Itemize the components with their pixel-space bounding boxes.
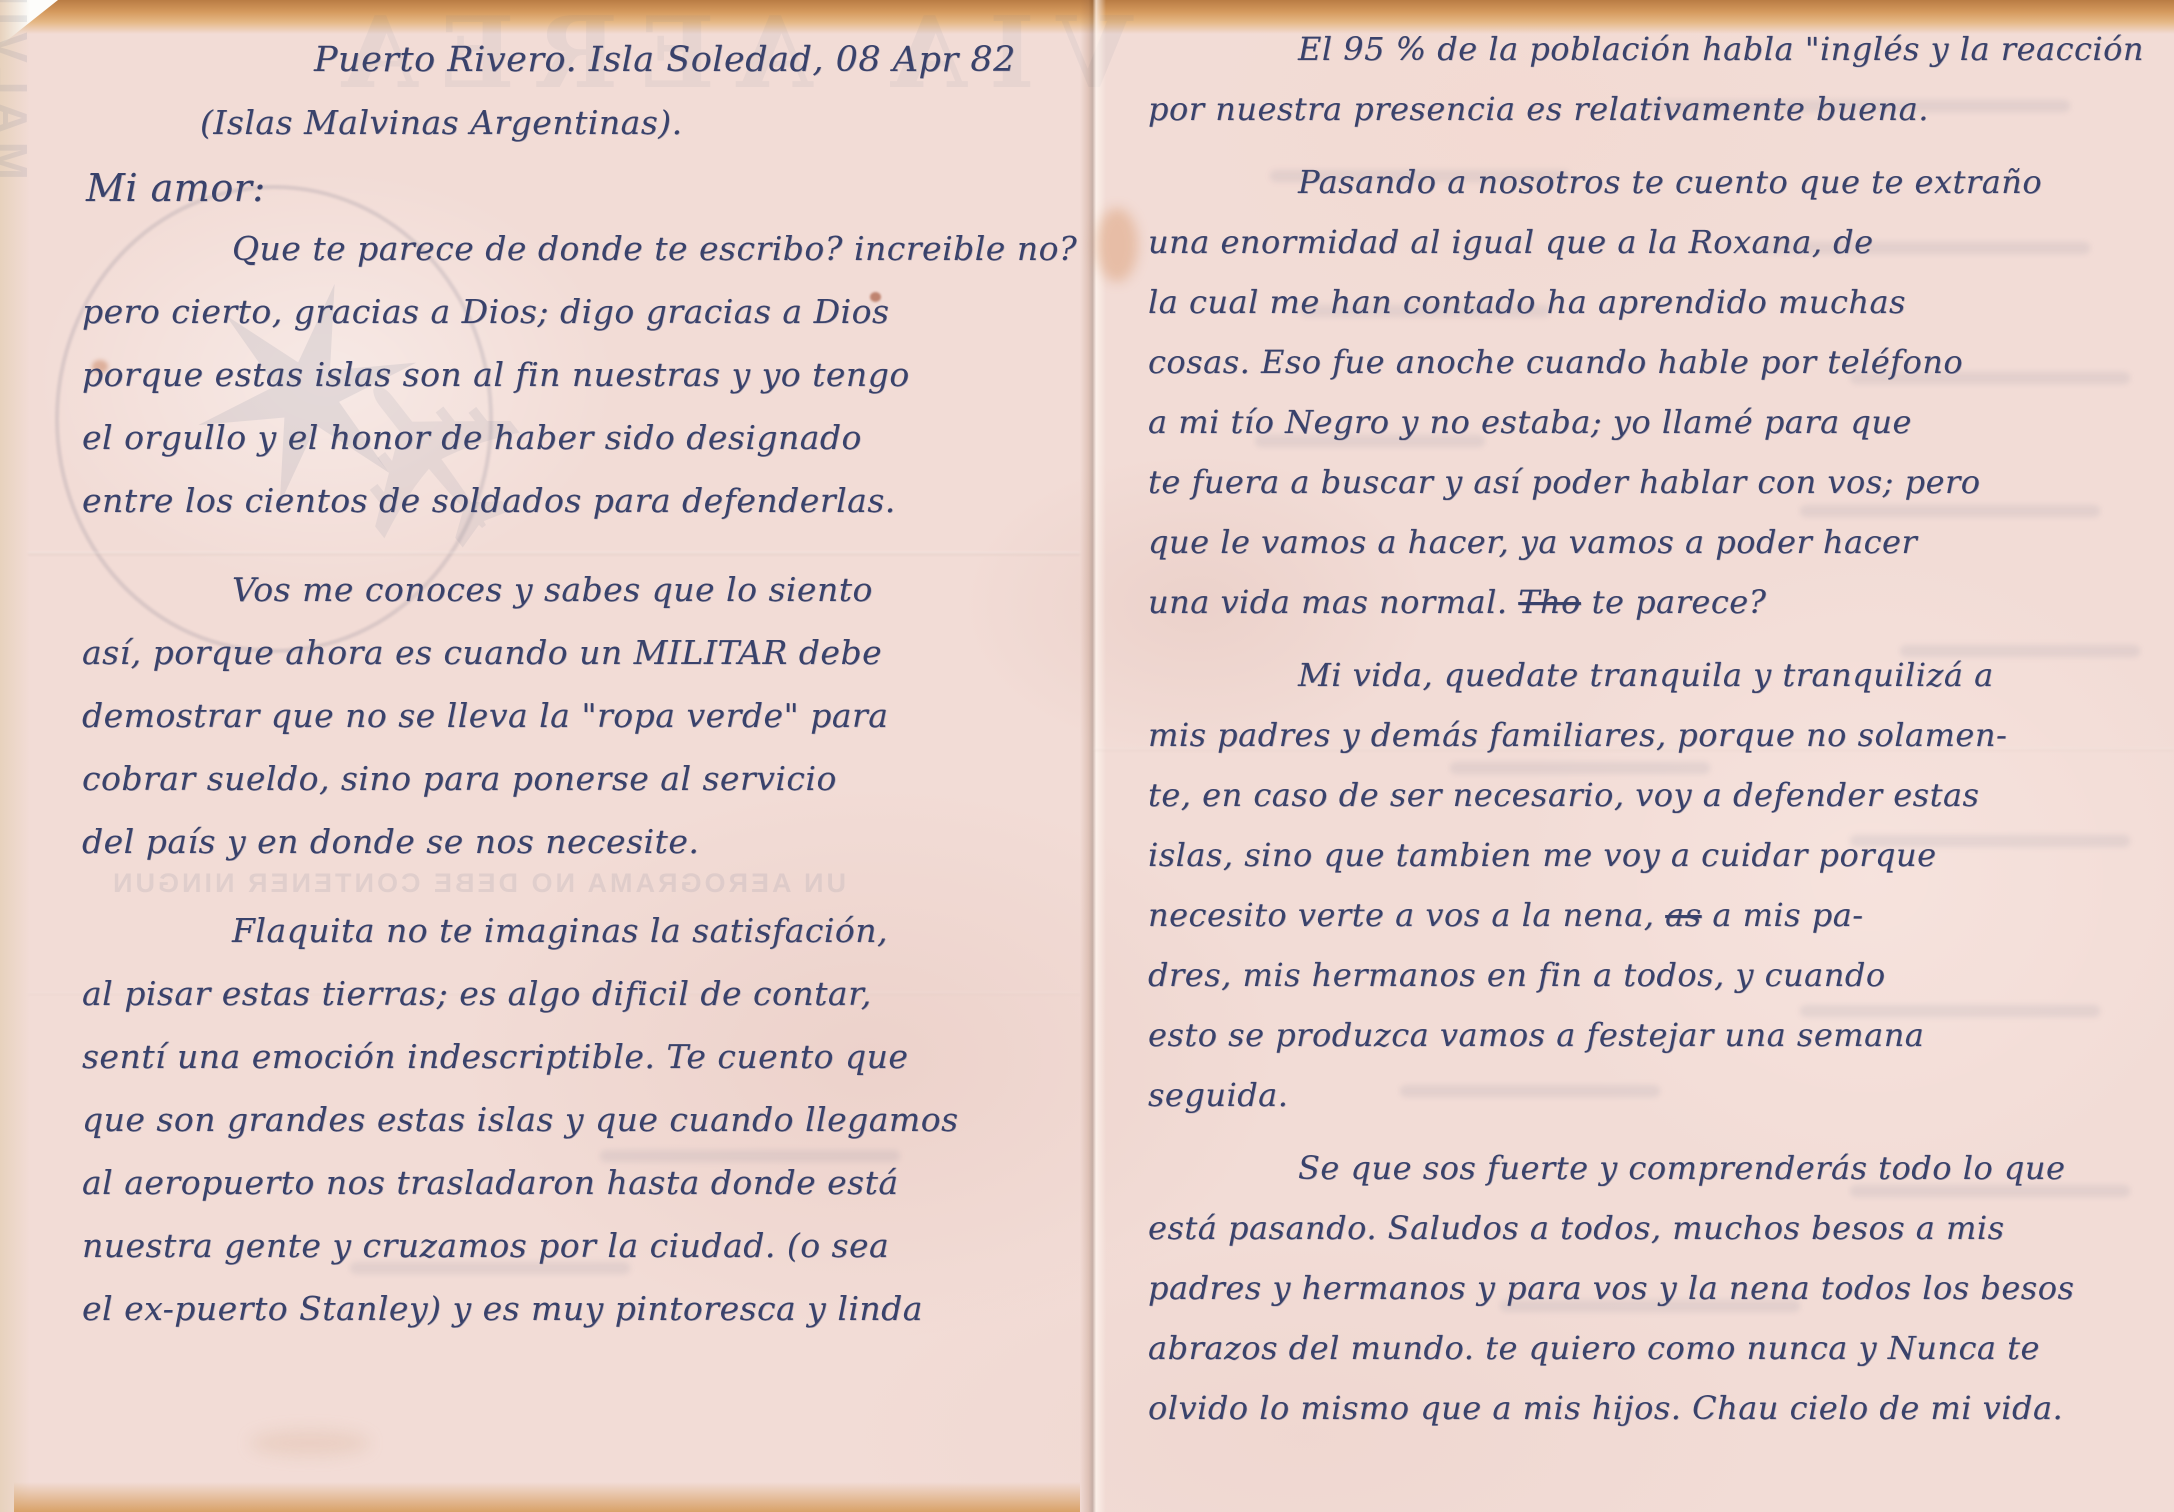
handwritten-line: el ex-puerto Stanley) y es muy pintoresc… bbox=[82, 1289, 1067, 1352]
handwritten-line: Pasando a nosotros te cuento que te extr… bbox=[1148, 163, 2158, 223]
handwritten-line: dres, mis hermanos en fin a todos, y cua… bbox=[1148, 956, 2158, 1016]
letter-page-right: El 95 % de la población habla "inglés y … bbox=[1148, 30, 2158, 1449]
handwritten-line: mis padres y demás familiares, porque no… bbox=[1148, 716, 2158, 776]
handwritten-line: Flaquita no te imaginas la satisfación, bbox=[82, 911, 1067, 974]
handwritten-line: está pasando. Saludos a todos, muchos be… bbox=[1148, 1209, 2158, 1269]
handwritten-line: abrazos del mundo. te quiero como nunca … bbox=[1148, 1329, 2158, 1389]
handwritten-line: padres y hermanos y para vos y la nena t… bbox=[1148, 1269, 2158, 1329]
handwritten-line: te fuera a buscar y así poder hablar con… bbox=[1148, 463, 2158, 523]
handwritten-line: Que te parece de donde te escribo? incre… bbox=[82, 229, 1067, 292]
handwritten-line: la cual me han contado ha aprendido much… bbox=[1148, 283, 2158, 343]
handwritten-line: a mi tío Negro y no estaba; yo llamé par… bbox=[1148, 403, 2158, 463]
handwritten-line: nuestra gente y cruzamos por la ciudad. … bbox=[82, 1226, 1067, 1289]
handwritten-line: seguida. bbox=[1148, 1076, 2158, 1136]
handwritten-line: al pisar estas tierras; es algo dificil … bbox=[82, 974, 1067, 1037]
paper-bottom-edge bbox=[14, 1482, 1080, 1512]
handwritten-line: Mi vida, quedate tranquila y tranquilizá… bbox=[1148, 656, 2158, 716]
handwritten-line: esto se produzca vamos a festejar una se… bbox=[1148, 1016, 2158, 1076]
handwritten-line: por nuestra presencia es relativamente b… bbox=[1148, 90, 2158, 150]
crossed-out-word: as bbox=[1665, 896, 1702, 934]
handwritten-line: necesito verte a vos a la nena, as a mis… bbox=[1148, 896, 2158, 956]
handwritten-line: islas, sino que tambien me voy a cuidar … bbox=[1148, 836, 2158, 896]
vertical-fold-crease bbox=[1080, 0, 1106, 1512]
handwritten-line: entre los cientos de soldados para defen… bbox=[82, 481, 1067, 544]
handwritten-line: una vida mas normal. Tho te parece? bbox=[1148, 583, 2158, 643]
handwritten-line: cobrar sueldo, sino para ponerse al serv… bbox=[82, 759, 1067, 822]
handwritten-line: (Islas Malvinas Argentinas). bbox=[82, 103, 1067, 166]
handwritten-line: porque estas islas son al fin nuestras y… bbox=[82, 355, 1067, 418]
handwritten-line: que le vamos a hacer, ya vamos a poder h… bbox=[1148, 523, 2158, 583]
handwritten-line: que son grandes estas islas y que cuando… bbox=[82, 1100, 1067, 1163]
handwritten-line: sentí una emoción indescriptible. Te cue… bbox=[82, 1037, 1067, 1100]
letter-scan-sheet: ✶ ✈ MALVINAS VIA AEREA UN AEROGRAMA NO D… bbox=[0, 0, 2174, 1512]
handwritten-line: te, en caso de ser necesario, voy a defe… bbox=[1148, 776, 2158, 836]
handwritten-line: pero cierto, gracias a Dios; digo gracia… bbox=[82, 292, 1067, 355]
page-right-lines: El 95 % de la población habla "inglés y … bbox=[1148, 30, 2158, 1449]
handwritten-line: Vos me conoces y sabes que lo siento bbox=[82, 570, 1067, 633]
page-left-lines: Puerto Rivero. Isla Soledad, 08 Apr 82(I… bbox=[82, 40, 1067, 1352]
handwritten-line: cosas. Eso fue anoche cuando hable por t… bbox=[1148, 343, 2158, 403]
crossed-out-word: Tho bbox=[1518, 583, 1581, 621]
handwritten-line: olvido lo mismo que a mis hijos. Chau ci… bbox=[1148, 1389, 2158, 1449]
paper-stain bbox=[250, 1430, 370, 1456]
handwritten-line: una enormidad al igual que a la Roxana, … bbox=[1148, 223, 2158, 283]
handwritten-line: Puerto Rivero. Isla Soledad, 08 Apr 82 bbox=[82, 40, 1067, 103]
handwritten-line: el orgullo y el honor de haber sido desi… bbox=[82, 418, 1067, 481]
letter-page-left: Puerto Rivero. Isla Soledad, 08 Apr 82(I… bbox=[82, 40, 1067, 1352]
handwritten-line: demostrar que no se lleva la "ropa verde… bbox=[82, 696, 1067, 759]
handwritten-line: al aeropuerto nos trasladaron hasta dond… bbox=[82, 1163, 1067, 1226]
handwritten-line: Se que sos fuerte y comprenderás todo lo… bbox=[1148, 1149, 2158, 1209]
handwritten-line: del país y en donde se nos necesite. bbox=[82, 822, 1067, 885]
paper-torn-edge bbox=[0, 0, 30, 1512]
handwritten-line: Mi amor: bbox=[82, 166, 1067, 229]
handwritten-line: El 95 % de la población habla "inglés y … bbox=[1148, 30, 2158, 90]
handwritten-line: así, porque ahora es cuando un MILITAR d… bbox=[82, 633, 1067, 696]
